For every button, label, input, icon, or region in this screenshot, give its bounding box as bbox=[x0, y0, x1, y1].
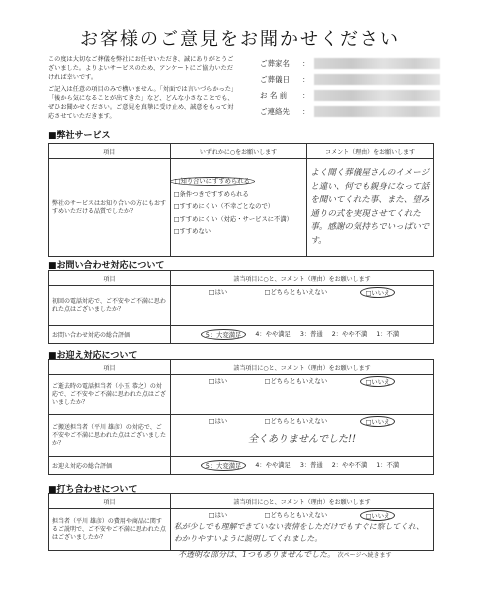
service-options: □知り合いにすすめられる □条件つきですすめられる □すすめにくい（不幸ごとなの… bbox=[170, 159, 307, 257]
redacted-value bbox=[314, 106, 440, 117]
continued-note: 次ページへ続きます bbox=[338, 552, 392, 559]
info-label: ご葬家名 bbox=[260, 58, 302, 69]
customer-info: ご葬家名 ： ご葬儀日 ： お 名 前 ： ご連絡先 ： bbox=[260, 55, 440, 119]
option[interactable]: □条件つきですすめられる bbox=[174, 189, 304, 202]
col-answer: 該当項目に○と、コメント（理由）をお願いします bbox=[171, 360, 434, 375]
rating-1[interactable]: 1：不満 bbox=[376, 460, 399, 471]
meeting-footer-comment: 不透明な部分は、1つもありませんでした。 次ページへ続きます bbox=[178, 548, 392, 563]
rating-5-selected[interactable]: 5：大変満足 bbox=[201, 460, 247, 471]
option-no-selected[interactable]: □いいえ bbox=[360, 416, 395, 427]
intro-paragraph-1: この度は大切なご葬儀を弊社にお任せいただき、誠にありがとうございました。よりよい… bbox=[48, 55, 238, 82]
rating-1[interactable]: 1：不満 bbox=[376, 329, 399, 340]
section-heading-service: ■弊社サービス bbox=[48, 128, 111, 141]
rating-2[interactable]: 2：やや不満 bbox=[332, 329, 368, 340]
rating-4[interactable]: 4：やや満足 bbox=[255, 329, 291, 340]
option-neutral[interactable]: □どちらともいえない bbox=[265, 416, 328, 427]
inquiry-rating-label: お問い合わせ対応の総合評価 bbox=[49, 326, 171, 344]
rating-4[interactable]: 4：やや満足 bbox=[255, 460, 291, 471]
col-item: 項目 bbox=[49, 360, 171, 375]
info-row-name: お 名 前 ： bbox=[260, 87, 440, 103]
service-table: 項目 いずれかに○をお願いします コメント（理由）をお願いします 弊社のサービス… bbox=[48, 143, 434, 257]
service-question: 弊社のサービスはお知り合いの方にもおすすめいただける品質でしたか？ bbox=[49, 159, 171, 257]
meeting-question: 担当者（平川 雄彦）の費用や商品に関するご説明で、ご不安やご不満に思われた点はご… bbox=[49, 509, 171, 551]
yes-no-options: □はい □どちらともいえない □いいえ bbox=[174, 510, 430, 521]
yes-no-options: □はい □どちらともいえない □いいえ bbox=[174, 416, 430, 427]
info-label: ご葬儀日 bbox=[260, 74, 302, 85]
pickup-rating-options: 5：大変満足 4：やや満足 3：普通 2：やや不満 1：不満 bbox=[174, 460, 430, 471]
yes-no-options: □はい □どちらともいえない □いいえ bbox=[174, 376, 430, 387]
inquiry-question: 初回の電話対応で、ご不安やご不満に思われた点はございましたか？ bbox=[49, 286, 171, 326]
col-item: 項目 bbox=[49, 494, 171, 509]
option-selected[interactable]: □知り合いにすすめられる bbox=[170, 177, 255, 186]
option-yes[interactable]: □はい bbox=[209, 287, 228, 298]
inquiry-table: 項目 該当項目に○と、コメント（理由）をお願いします 初回の電話対応で、ご不安や… bbox=[48, 270, 434, 344]
option-no-selected[interactable]: □いいえ bbox=[360, 510, 395, 521]
rating-2[interactable]: 2：やや不満 bbox=[332, 460, 368, 471]
intro-paragraph-2: ご記入は任意の項目のみで構いません。「対面では言いづらかった」「後から気になるこ… bbox=[48, 85, 238, 121]
service-comment: よく聞く葬儀屋さんのイメージと違い、何でも親身になって話を聞いてくれた事、また、… bbox=[307, 159, 434, 257]
col-item: 項目 bbox=[49, 271, 171, 286]
rating-3[interactable]: 3：普通 bbox=[300, 460, 323, 471]
redacted-value bbox=[314, 58, 440, 69]
option-yes[interactable]: □はい bbox=[209, 376, 228, 387]
col-item: 項目 bbox=[49, 144, 171, 159]
option-yes[interactable]: □はい bbox=[209, 416, 228, 427]
option[interactable]: □すすめにくい（対応・サービスに不満） bbox=[174, 214, 304, 227]
col-comment: コメント（理由）をお願いします bbox=[307, 144, 434, 159]
survey-title: お客様のご意見をお聞かせください bbox=[0, 25, 480, 51]
option-neutral[interactable]: □どちらともいえない bbox=[265, 287, 328, 298]
rating-5-selected[interactable]: 5：大変満足 bbox=[201, 329, 247, 340]
option-no-selected[interactable]: □いいえ bbox=[360, 376, 395, 387]
option[interactable]: □すすめにくい（不幸ごとなので） bbox=[174, 201, 304, 214]
info-row-contact: ご連絡先 ： bbox=[260, 103, 440, 119]
col-choice: いずれかに○をお願いします bbox=[170, 144, 307, 159]
rating-3[interactable]: 3：普通 bbox=[300, 329, 323, 340]
info-row-family-name: ご葬家名 ： bbox=[260, 55, 440, 71]
pickup-comment: 全くありませんでした!! bbox=[174, 433, 430, 447]
pickup-rating-label: お迎え対応の総合評価 bbox=[49, 457, 171, 475]
meeting-comment: 私が少しでも理解できていない表情をしただけでもすぐに察してくれ、わかりやすいよう… bbox=[174, 521, 430, 545]
yes-no-options: □はい □どちらともいえない □いいえ bbox=[174, 287, 430, 298]
option-no-selected[interactable]: □いいえ bbox=[360, 287, 395, 298]
option-neutral[interactable]: □どちらともいえない bbox=[265, 376, 328, 387]
pickup-table: 項目 該当項目に○と、コメント（理由）をお願いします ご逝去時の電話担当者（小玉… bbox=[48, 359, 434, 475]
col-answer: 該当項目に○と、コメント（理由）をお願いします bbox=[171, 494, 434, 509]
option-neutral[interactable]: □どちらともいえない bbox=[265, 510, 328, 521]
option-yes[interactable]: □はい bbox=[209, 510, 228, 521]
info-label: お 名 前 bbox=[260, 90, 302, 101]
info-label: ご連絡先 bbox=[260, 106, 302, 117]
pickup-question-1: ご逝去時の電話担当者（小玉 恭之）の対応で、ご不安やご不満に思われた点はございま… bbox=[49, 375, 171, 415]
redacted-value bbox=[314, 74, 440, 85]
pickup-question-2: ご搬送担当者（平川 雄彦）の対応で、ご不安やご不満に思われた点はございましたか？ bbox=[49, 415, 171, 457]
option[interactable]: □すすめない bbox=[174, 226, 304, 239]
col-answer: 該当項目に○と、コメント（理由）をお願いします bbox=[171, 271, 434, 286]
info-row-funeral-date: ご葬儀日 ： bbox=[260, 71, 440, 87]
meeting-table: 項目 該当項目に○と、コメント（理由）をお願いします 担当者（平川 雄彦）の費用… bbox=[48, 493, 434, 551]
inquiry-rating-options: 5：大変満足 4：やや満足 3：普通 2：やや不満 1：不満 bbox=[174, 329, 430, 340]
redacted-value bbox=[314, 90, 440, 101]
intro-text: この度は大切なご葬儀を弊社にお任せいただき、誠にありがとうございました。よりよい… bbox=[48, 55, 238, 124]
